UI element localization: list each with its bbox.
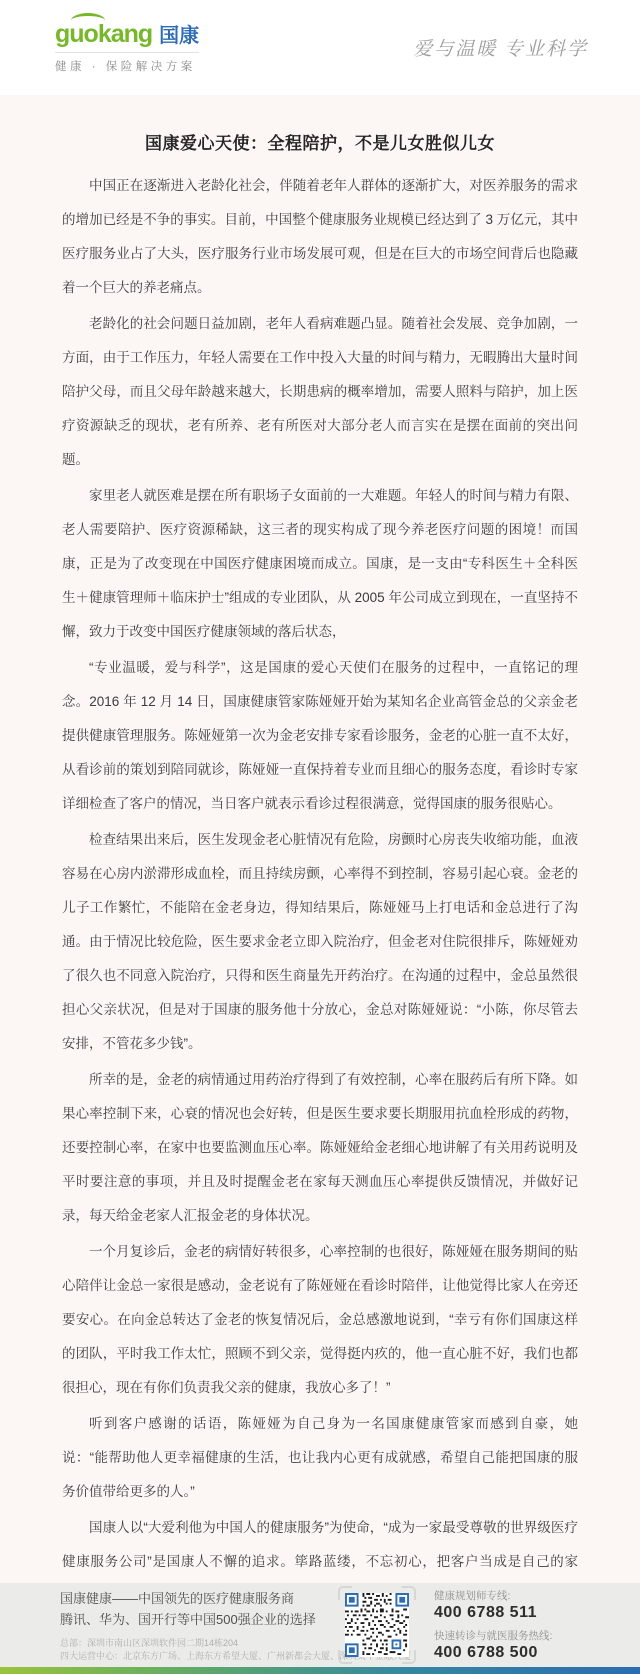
hotline-referral: 快速转诊与就医服务热线: 400 6788 500 bbox=[434, 1629, 602, 1662]
article-paragraph: 听到客户感谢的话语，陈娅娅为自己身为一名国康健康管家而感到自豪，她说：“能帮助他… bbox=[62, 1407, 578, 1509]
footer-headline: 国康健康——中国领先的医疗健康服务商 bbox=[60, 1588, 338, 1609]
article-paragraph: 所幸的是，金老的病情通过用药治疗得到了有效控制，心率在服药后有所下降。如果心率控… bbox=[62, 1063, 578, 1233]
footer-company-info: 国康健康——中国领先的医疗健康服务商 腾讯、华为、国开行等中国500强企业的选择… bbox=[60, 1588, 338, 1663]
article-paragraph: 老龄化的社会问题日益加剧，老年人看病难题凸显。随着社会发展、竞争加剧，一方面，由… bbox=[62, 307, 578, 477]
article-paragraph: 国康人以“大爱利他为中国人的健康服务”为使命，“成为一家最受尊敬的世界级医疗健康… bbox=[62, 1511, 578, 1583]
qr-frame-corner bbox=[338, 1586, 352, 1600]
qr-frame-corner bbox=[338, 1650, 352, 1664]
article-body: 中国正在逐渐进入老龄化社会，伴随着老年人群体的逐渐扩大，对医养服务的需求的增加已… bbox=[62, 169, 578, 1583]
brand-slogan: 爱与温暖 专业科学 bbox=[413, 34, 588, 61]
article-paragraph: 检查结果出来后，医生发现金老心脏情况有危险，房颤时心房丧失收缩功能，血液容易在心… bbox=[62, 823, 578, 1061]
qr-code-icon bbox=[338, 1586, 416, 1664]
guokang-logo[interactable]: guokang 国康 健康 · 保险解决方案 bbox=[55, 22, 199, 74]
hotline-planner-label: 健康规划师专线: bbox=[434, 1589, 602, 1603]
article-paragraph: “专业温暖，爱与科学”，这是国康的爱心天使们在服务的过程中，一直铭记的理念。20… bbox=[62, 651, 578, 821]
logo-cjk-text: 国康 bbox=[159, 26, 199, 46]
hotline-planner: 健康规划师专线: 400 6788 511 bbox=[434, 1589, 602, 1622]
qr-frame-corner bbox=[402, 1650, 416, 1664]
hotline-referral-number[interactable]: 400 6788 500 bbox=[434, 1643, 602, 1662]
hotline-planner-number[interactable]: 400 6788 511 bbox=[434, 1603, 602, 1622]
article-paragraph: 家里老人就医难是摆在所有职场子女面前的一大难题。年轻人的时间与精力有限、老人需要… bbox=[62, 479, 578, 649]
article-title: 国康爱心天使：全程陪护，不是儿女胜似儿女 bbox=[62, 129, 578, 154]
qr-code-svg bbox=[345, 1593, 409, 1657]
footer-subline: 腾讯、华为、国开行等中国500强企业的选择 bbox=[60, 1609, 338, 1630]
footer-hotlines: 健康规划师专线: 400 6788 511 快速转诊与就医服务热线: 400 6… bbox=[434, 1589, 602, 1662]
article-paragraph: 中国正在逐渐进入老龄化社会，伴随着老年人群体的逐渐扩大，对医养服务的需求的增加已… bbox=[62, 169, 578, 305]
logo-arc-icon bbox=[71, 13, 105, 28]
article-paragraph: 一个月复诊后，金老的病情好转很多，心率控制的也很好，陈娅娅在服务期间的贴心陪伴让… bbox=[62, 1235, 578, 1405]
article-container: 国康爱心天使：全程陪护，不是儿女胜似儿女 中国正在逐渐进入老龄化社会，伴随着老年… bbox=[0, 95, 640, 1583]
page-footer: 国康健康——中国领先的医疗健康服务商 腾讯、华为、国开行等中国500强企业的选择… bbox=[0, 1583, 640, 1667]
footer-gradient-bar bbox=[0, 1667, 640, 1674]
footer-address-centers: 四大运营中心：北京东方广场、上海东方希望大厦、广州新都会大厦、深圳太平金融大厦 bbox=[60, 1650, 338, 1663]
logo-tagline: 健康 · 保险解决方案 bbox=[55, 52, 199, 74]
hotline-referral-label: 快速转诊与就医服务热线: bbox=[434, 1629, 602, 1643]
page-header: guokang 国康 健康 · 保险解决方案 爱与温暖 专业科学 bbox=[0, 0, 640, 95]
footer-address-hq: 总部：深圳市南山区深圳软件园二期14栋204 bbox=[60, 1637, 338, 1650]
qr-frame-corner bbox=[402, 1586, 416, 1600]
